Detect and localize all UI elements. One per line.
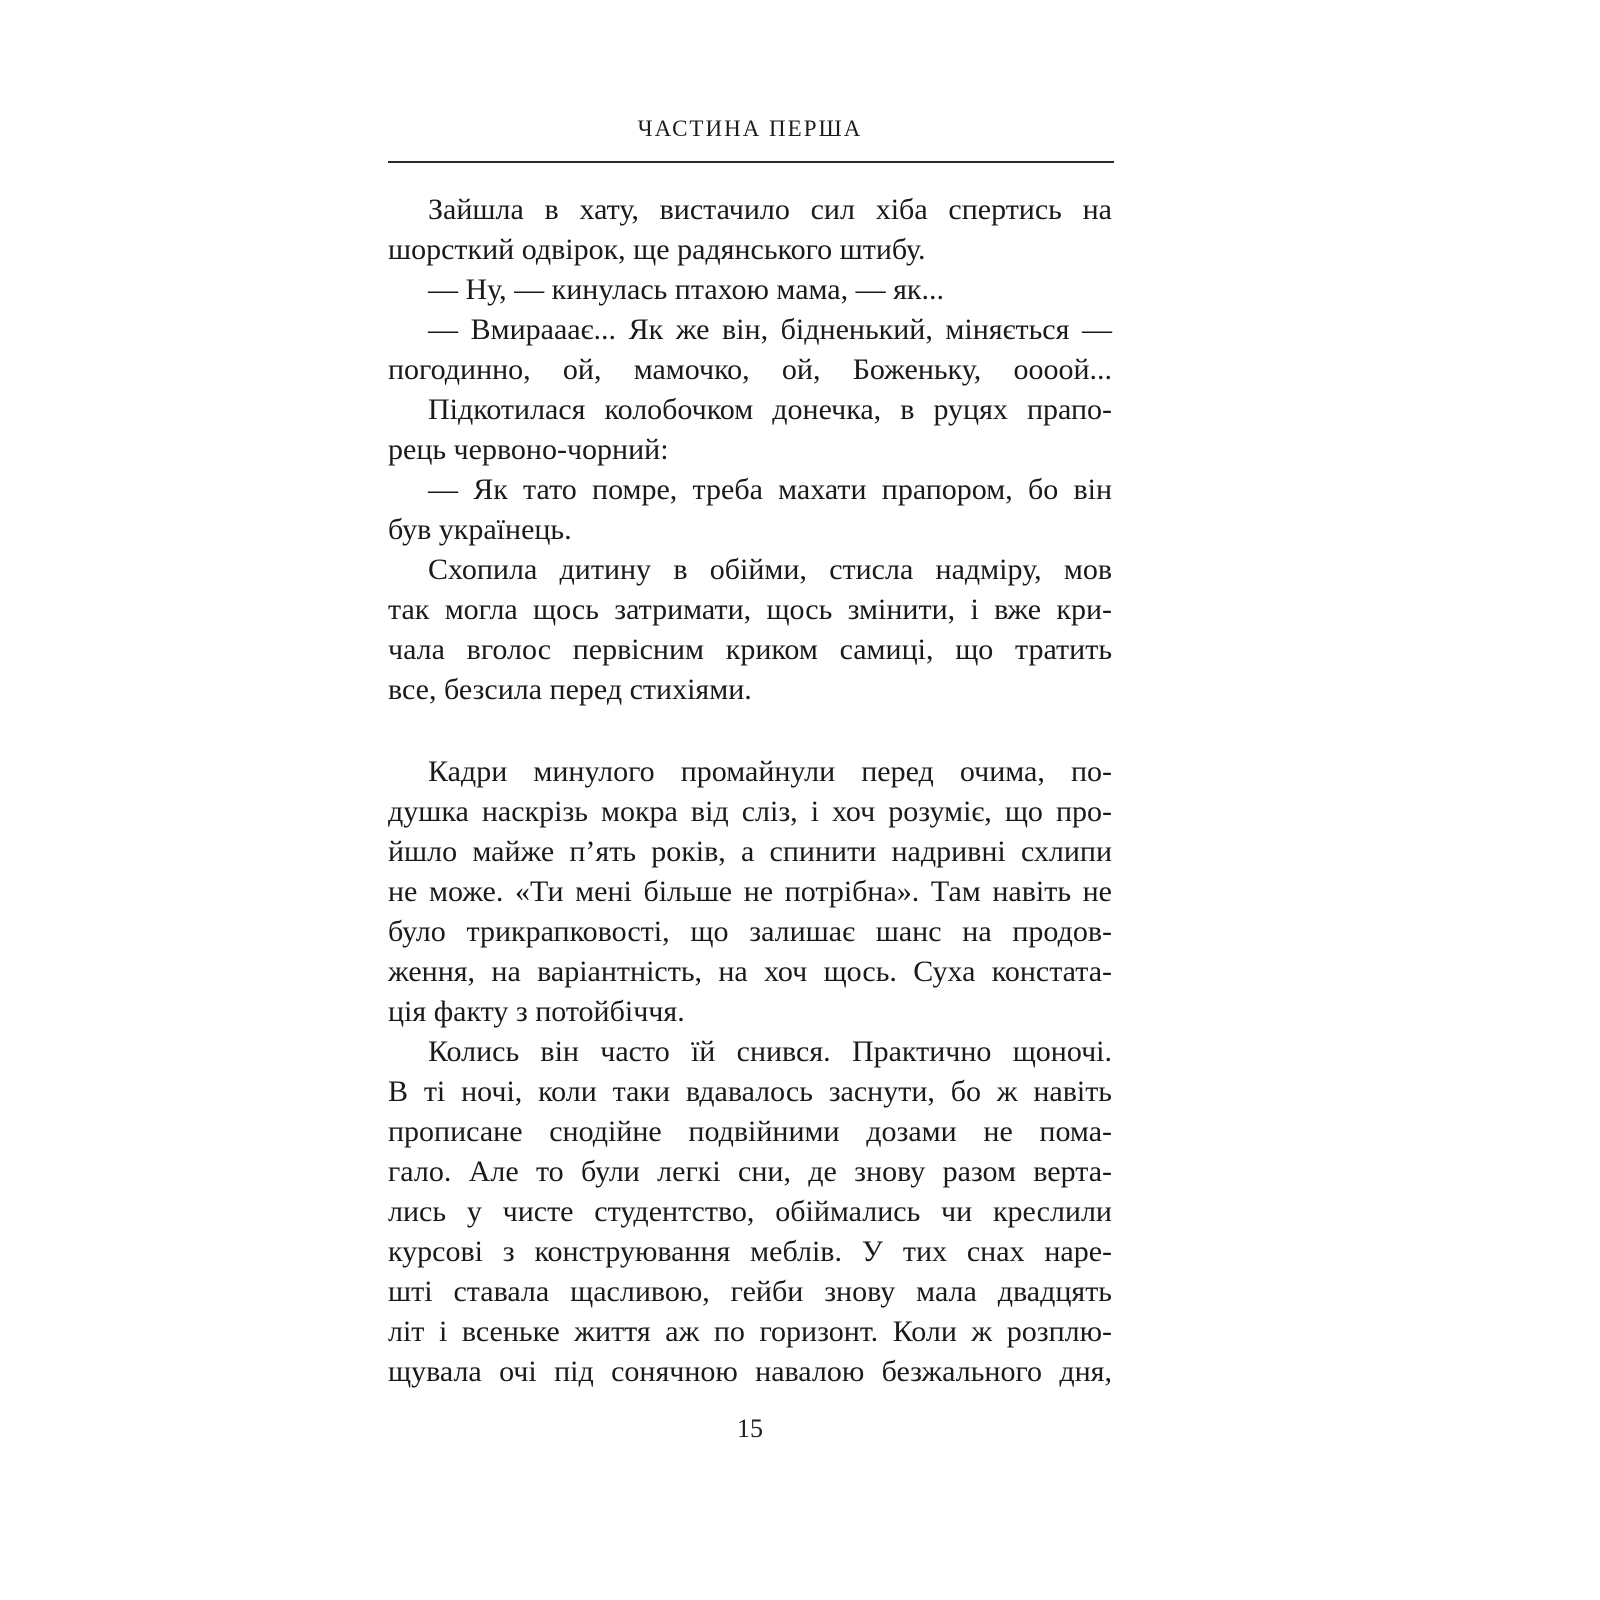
text-line: гало. Але то були легкі сни, де знову ра… [388,1152,1112,1192]
body-text: Зайшла в хату, вистачило сил хіба сперти… [388,190,1112,1392]
text-line: Зайшла в хату, вистачило сил хіба сперти… [388,190,1112,230]
text-line: Схопила дитину в обійми, стисла надміру,… [388,550,1112,590]
text-line: Кадри минулого промайнули перед очима, п… [388,752,1112,792]
section-break [388,710,1112,752]
text-line: був українець. [388,510,1112,550]
text-line: йшло майже п’ять років, а спинити надрив… [388,832,1112,872]
text-line: так могла щось затримати, щось змінити, … [388,590,1112,630]
text-line: — Вмирааає... Як же він, бідненький, мін… [388,310,1112,350]
text-line: шорсткий одвірок, ще радянського штибу. [388,230,1112,270]
text-line: рець червоно-чорний: [388,430,1112,470]
page-number: 15 [388,1414,1112,1444]
text-line: — Як тато помре, треба махати прапором, … [388,470,1112,510]
text-line: Підкотилася колобочком донечка, в руцях … [388,390,1112,430]
text-line: було трикрапковості, що залишає шанс на … [388,912,1112,952]
text-line: не може. «Ти мені більше не потрібна». Т… [388,872,1112,912]
text-line: — Ну, — кинулась птахою мама, — як... [388,270,1112,310]
running-header: ЧАСТИНА ПЕРША [388,116,1112,142]
text-line: душка наскрізь мокра від сліз, і хоч роз… [388,792,1112,832]
text-line: щувала очі під сонячною навалою безжальн… [388,1352,1112,1392]
book-page: ЧАСТИНА ПЕРША Зайшла в хату, вистачило с… [388,0,1112,1600]
text-line: Колись він часто їй снився. Практично що… [388,1032,1112,1072]
text-line: чала вголос первісним криком самиці, що … [388,630,1112,670]
text-line: все, безсила перед стихіями. [388,670,1112,710]
text-line: В ті ночі, коли таки вдавалось заснути, … [388,1072,1112,1112]
text-line: літ і всеньке життя аж по горизонт. Коли… [388,1312,1112,1352]
text-line: погодинно, ой, мамочко, ой, Боженьку, оо… [388,350,1112,390]
text-line: ження, на варіантність, на хоч щось. Сух… [388,952,1112,992]
text-line: прописане снодійне подвійними дозами не … [388,1112,1112,1152]
text-line: ція факту з потойбіччя. [388,992,1112,1032]
text-line: лись у чисте студентство, обіймались чи … [388,1192,1112,1232]
text-line: курсові з конструювання меблів. У тих сн… [388,1232,1112,1272]
text-line: шті ставала щасливою, гейби знову мала д… [388,1272,1112,1312]
header-rule [388,161,1114,163]
